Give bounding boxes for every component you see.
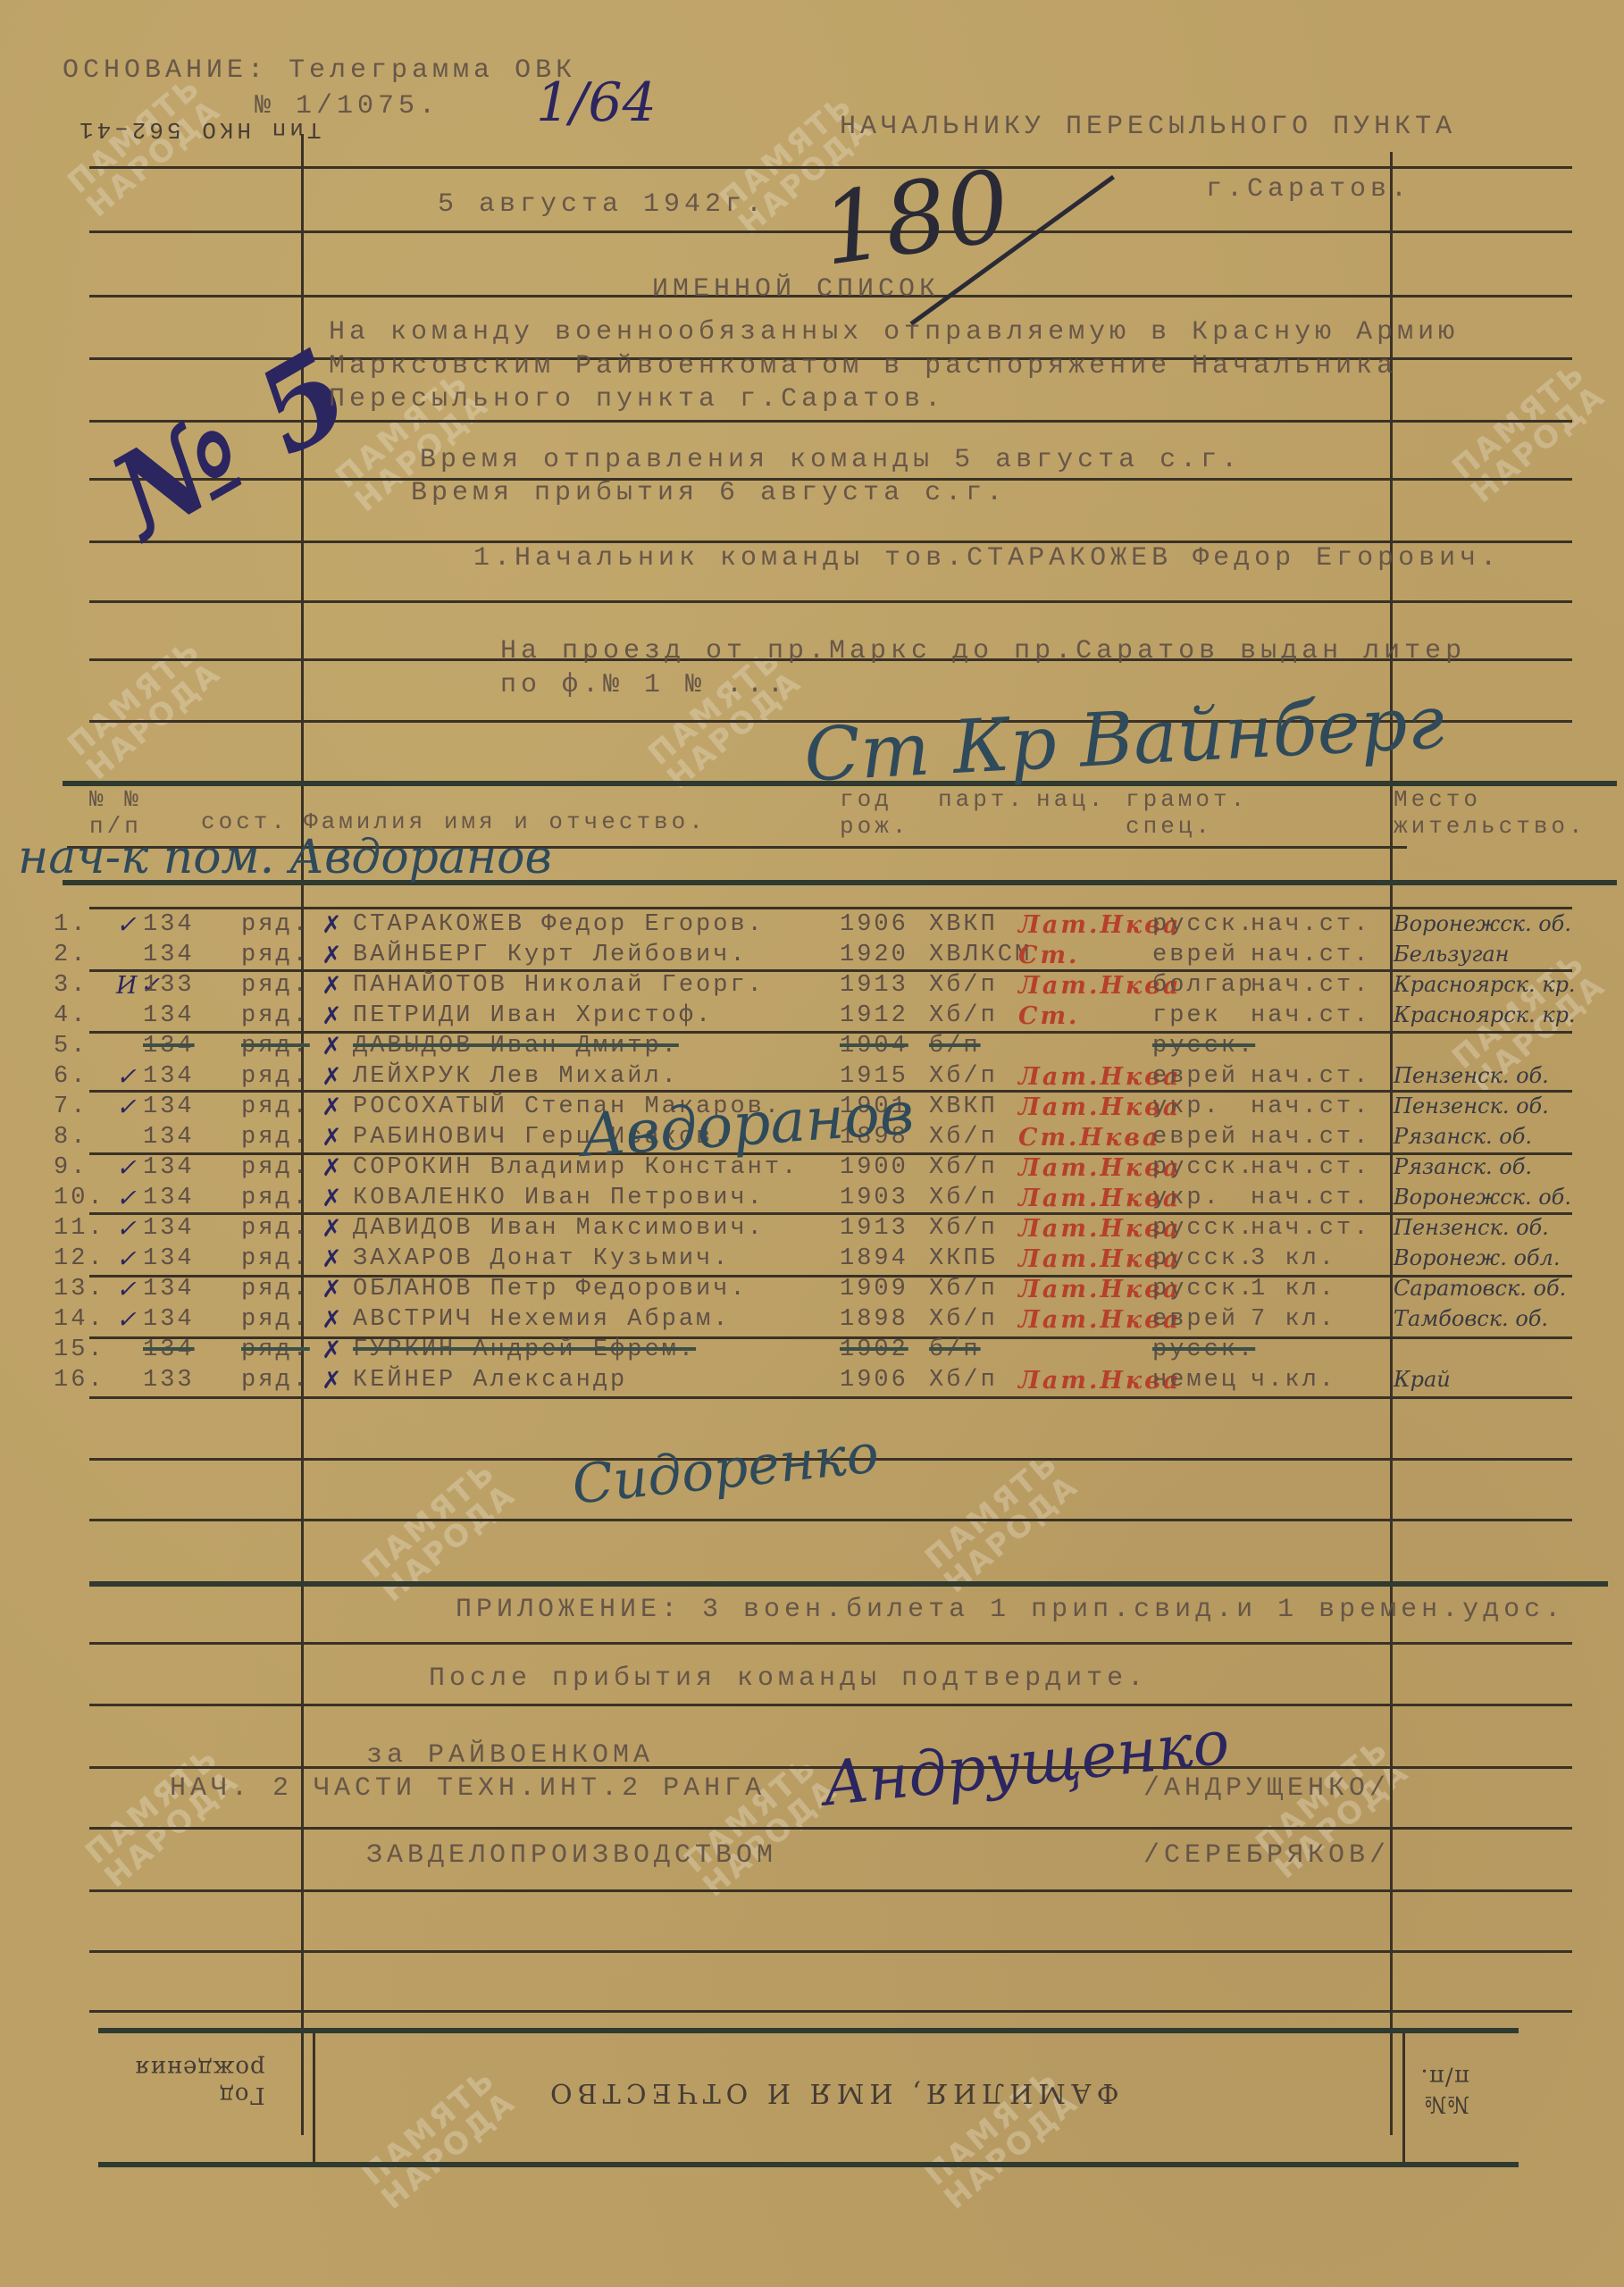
- table-row: 1.✓134ряд.СТАРАКОЖЕВ Федор Егоров.1906ХВ…: [54, 911, 1572, 940]
- row-team: 134: [143, 1306, 195, 1333]
- row-birth-year: 1906: [840, 911, 908, 938]
- row-number: 15.: [54, 1336, 116, 1363]
- row-party: Хб/п: [929, 1306, 998, 1333]
- row-name: ГУРКИН Андрей Ефрем.: [353, 1336, 696, 1363]
- row-number: 8.: [54, 1124, 116, 1151]
- x-mark-icon: ✗: [322, 1245, 345, 1273]
- chief-title: НАЧ. 2 ЧАСТИ ТЕХН.ИНТ.2 РАНГА: [170, 1773, 766, 1804]
- row-team: 134: [143, 1245, 195, 1272]
- row-party: б/п: [929, 1033, 981, 1060]
- row-residence: Красноярск. кр.: [1394, 972, 1576, 997]
- row-team: 134: [143, 1336, 195, 1363]
- row-number: 13.: [54, 1276, 116, 1303]
- row-nationality: русск.: [1152, 1245, 1255, 1272]
- row-specialty: нач.ст.: [1251, 1093, 1370, 1120]
- row-party: Хб/п: [929, 1063, 998, 1090]
- row-birth-year: 1920: [840, 942, 908, 968]
- x-mark-icon: ✗: [322, 1093, 345, 1121]
- for-military-commissar: за РАЙВОЕНКОМА: [366, 1740, 654, 1771]
- clerk-title: ЗАВДЕЛОПРОИЗВОДСТВОМ: [366, 1840, 777, 1871]
- row-number: 9.: [54, 1154, 116, 1181]
- row-number: 1.: [54, 911, 116, 938]
- row-number: 10.: [54, 1185, 116, 1211]
- row-number: 11.: [54, 1215, 116, 1242]
- row-birth-year: 1909: [840, 1276, 908, 1303]
- row-number: 14.: [54, 1306, 116, 1333]
- rule-line: [89, 1827, 1572, 1830]
- row-team: 134: [143, 1276, 195, 1303]
- row-residence: Бельзуган: [1394, 942, 1509, 967]
- row-rank: ряд.: [241, 1063, 310, 1090]
- table-row: 13.✓134ряд.ОБЛАНОВ Петр Федорович.1909Хб…: [54, 1276, 1572, 1304]
- row-nationality: немец: [1152, 1367, 1238, 1394]
- handwritten-bottom-name: Сидоренко: [569, 1422, 882, 1517]
- row-party: ХВКП: [929, 1093, 998, 1120]
- col-header-spec: грамот. спец.: [1126, 786, 1224, 840]
- row-residence: Рязанск. об.: [1394, 1154, 1532, 1179]
- row-nationality: еврей: [1152, 1124, 1238, 1151]
- row-party: Хб/п: [929, 1276, 998, 1303]
- watermark: ПАМЯТЬНАРОДА: [63, 633, 227, 785]
- table-row: 10.✓134ряд.КОВАЛЕНКО Иван Петрович.1903Х…: [54, 1185, 1572, 1213]
- document-page: ПАМЯТЬНАРОДА ПАМЯТЬНАРОДА ПАМЯТЬНАРОДА П…: [0, 0, 1624, 2287]
- addressee-city: г.Саратов.: [1206, 174, 1411, 205]
- x-mark-icon: ✗: [322, 972, 345, 1000]
- row-red-annotation: Ст.Нква: [1018, 1124, 1160, 1152]
- rule-line: [89, 1642, 1572, 1645]
- row-rank: ряд.: [241, 1154, 310, 1181]
- row-party: ХКПБ: [929, 1245, 998, 1272]
- x-mark-icon: ✗: [322, 1033, 345, 1060]
- row-specialty: нач.ст.: [1251, 1124, 1370, 1151]
- row-number: 5.: [54, 1033, 116, 1060]
- row-team: 134: [143, 942, 195, 968]
- row-birth-year: 1912: [840, 1002, 908, 1029]
- inverted-header-num: №№ п/п.: [1407, 2064, 1469, 2117]
- row-rank: ряд.: [241, 1093, 310, 1120]
- row-check-mark: ✓: [116, 1154, 139, 1182]
- row-rank: ряд.: [241, 1185, 310, 1211]
- table-row: 9.✓134ряд.СОРОКИН Владимир Констант.1900…: [54, 1154, 1572, 1183]
- x-mark-icon: ✗: [322, 1276, 345, 1303]
- inverted-header-year: Год рождения: [134, 2055, 241, 2108]
- arrival-time: Время прибытия 6 августа с.г.: [411, 478, 1007, 508]
- row-specialty: 3 кл.: [1251, 1245, 1336, 1272]
- row-check-mark: ✓: [116, 1215, 139, 1243]
- rule-line: [89, 1950, 1572, 1953]
- table-row: 12.✓134ряд.ЗАХАРОВ Донат Кузьмич.1894ХКП…: [54, 1245, 1572, 1274]
- x-mark-icon: ✗: [322, 1215, 345, 1243]
- table-row: 11.✓134ряд.ДАВИДОВ Иван Максимович.1913Х…: [54, 1215, 1572, 1244]
- rule-line: [89, 1889, 1572, 1892]
- row-residence: Тамбовск. об.: [1394, 1306, 1548, 1331]
- row-red-annotation: Ст.: [1018, 1002, 1079, 1030]
- table-row: 2.134ряд.ВАЙНБЕРГ Курт Лейбович.1920ХВЛК…: [54, 942, 1572, 970]
- row-rank: ряд.: [241, 911, 310, 938]
- row-nationality: русск.: [1152, 1154, 1255, 1181]
- row-name: АВСТРИЧ Нехемия Абрам.: [353, 1306, 730, 1333]
- rule-line: [89, 1704, 1572, 1706]
- row-birth-year: 1904: [840, 1033, 908, 1060]
- row-team: 134: [143, 1063, 195, 1090]
- rule-line: [89, 1519, 1572, 1521]
- departure-time: Время отправления команды 5 августа с.г.: [420, 445, 1242, 475]
- table-row: 14.✓134ряд.АВСТРИЧ Нехемия Абрам.1898Хб/…: [54, 1306, 1572, 1335]
- inverted-table-top-rule: [98, 2028, 1519, 2033]
- row-specialty: нач.ст.: [1251, 1185, 1370, 1211]
- x-mark-icon: ✗: [322, 1124, 345, 1152]
- row-rank: ряд.: [241, 1033, 310, 1060]
- table-row: 3.И✓133ряд.ПАНАЙОТОВ Николай Георг.1913Х…: [54, 972, 1572, 1001]
- x-mark-icon: ✗: [322, 1154, 345, 1182]
- row-rank: ряд.: [241, 1124, 310, 1151]
- x-mark-icon: ✗: [322, 1002, 345, 1030]
- row-specialty: 1 кл.: [1251, 1276, 1336, 1303]
- inverted-column-rule: [1402, 2032, 1405, 2162]
- row-residence: Край: [1394, 1367, 1451, 1392]
- x-mark-icon: ✗: [322, 1367, 345, 1395]
- row-rank: ряд.: [241, 1215, 310, 1242]
- row-rank: ряд.: [241, 1245, 310, 1272]
- row-party: Хб/п: [929, 1002, 998, 1029]
- body-line-2: Марксовским Райвоенкоматом в распоряжени…: [329, 351, 1397, 381]
- addressee: НАЧАЛЬНИКУ ПЕРЕСЫЛЬНОГО ПУНКТА: [840, 112, 1456, 142]
- confirmation-note: После прибытия команды подтвердите.: [429, 1663, 1148, 1694]
- row-birth-year: 1913: [840, 972, 908, 999]
- row-team: 133: [143, 1367, 195, 1394]
- row-rank: ряд.: [241, 1002, 310, 1029]
- row-number: 4.: [54, 1002, 116, 1029]
- travel-line-2: по ф.№ 1 № ...: [500, 670, 788, 700]
- row-residence: Воронежск. об.: [1394, 911, 1571, 936]
- rule-line: [89, 600, 1572, 603]
- row-team: 134: [143, 1093, 195, 1120]
- document-date: 5 августа 1942г.: [438, 189, 766, 220]
- row-birth-year: 1903: [840, 1185, 908, 1211]
- rule-line: [89, 166, 1572, 169]
- rule-line: [89, 907, 1572, 909]
- row-birth-year: 1906: [840, 1367, 908, 1394]
- basis-line: ОСНОВАНИЕ: Телеграмма ОВК: [63, 55, 576, 86]
- row-party: б/п: [929, 1336, 981, 1363]
- row-check-mark: ✓: [116, 1093, 139, 1121]
- rule-line: [89, 1396, 1572, 1399]
- row-specialty: нач.ст.: [1251, 942, 1370, 968]
- row-team: 134: [143, 1185, 195, 1211]
- x-mark-icon: ✗: [322, 1185, 345, 1212]
- row-residence: Пензенск. об.: [1394, 1063, 1549, 1088]
- row-check-mark: ✓: [116, 1306, 139, 1334]
- row-nationality: русск.: [1152, 1215, 1255, 1242]
- row-party: Хб/п: [929, 1367, 998, 1394]
- row-red-annotation: Ст.: [1018, 942, 1079, 969]
- row-rank: ряд.: [241, 1336, 310, 1363]
- row-residence: Пензенск. об.: [1394, 1215, 1549, 1240]
- row-specialty: нач.ст.: [1251, 1063, 1370, 1090]
- row-specialty: 7 кл.: [1251, 1306, 1336, 1333]
- row-name: ДАВЫДОВ Иван Дмитр.: [353, 1033, 679, 1060]
- row-rank: ряд.: [241, 1276, 310, 1303]
- travel-line-1: На проезд от пр.Маркс до пр.Саратов выда…: [500, 636, 1466, 666]
- watermark: ПАМЯТЬНАРОДА: [920, 1446, 1084, 1598]
- body-line-3: Пересыльного пункта г.Саратов.: [329, 384, 945, 415]
- row-specialty: нач.ст.: [1251, 1002, 1370, 1029]
- row-check-mark: ✓: [116, 1185, 139, 1212]
- row-number: 2.: [54, 942, 116, 968]
- table-row: 5.134ряд.ДАВЫДОВ Иван Дмитр.1904б/прусск…: [54, 1033, 1572, 1061]
- row-specialty: нач.ст.: [1251, 1154, 1370, 1181]
- col-header-year: год рож.: [840, 786, 902, 840]
- row-party: Хб/п: [929, 1185, 998, 1211]
- row-name: ЗАХАРОВ Донат Кузьмич.: [353, 1245, 730, 1272]
- row-team: 134: [143, 1002, 195, 1029]
- row-name: ВАЙНБЕРГ Курт Лейбович.: [353, 942, 748, 968]
- row-nationality: еврей: [1152, 1306, 1238, 1333]
- inverted-table-bottom-rule: [98, 2162, 1519, 2167]
- x-mark-icon: ✗: [322, 1306, 345, 1334]
- inverted-header-name: ФАМИЛИЯ, ИМЯ И ОТЧЕСТВО: [545, 2077, 1119, 2108]
- row-specialty: нач.ст.: [1251, 1215, 1370, 1242]
- row-name: ЛЕЙХРУК Лев Михайл.: [353, 1063, 679, 1090]
- row-nationality: еврей: [1152, 1063, 1238, 1090]
- list-title: ИМЕННОЙ СПИСОК: [652, 274, 940, 305]
- x-mark-icon: ✗: [322, 911, 345, 939]
- row-residence: Воронежск. об.: [1394, 1185, 1571, 1210]
- row-residence: Саратовск. об.: [1394, 1276, 1566, 1301]
- x-mark-icon: ✗: [322, 942, 345, 969]
- row-number: 12.: [54, 1245, 116, 1272]
- row-team: 133: [143, 972, 195, 999]
- row-team: 134: [143, 1033, 195, 1060]
- row-party: Хб/п: [929, 1124, 998, 1151]
- row-residence: Воронеж. обл.: [1394, 1245, 1560, 1270]
- row-nationality: укр.: [1152, 1093, 1221, 1120]
- watermark: ПАМЯТЬНАРОДА: [63, 71, 227, 222]
- row-check-mark: ✓: [116, 1245, 139, 1273]
- attachment-note: ПРИЛОЖЕНИЕ: 3 воен.билета 1 прип.свид.и …: [456, 1595, 1565, 1625]
- row-residence: Пензенск. об.: [1394, 1093, 1549, 1118]
- row-number: 16.: [54, 1367, 116, 1394]
- row-birth-year: 1898: [840, 1306, 908, 1333]
- row-rank: ряд.: [241, 942, 310, 968]
- clerk-name: /СЕРЕБРЯКОВ/: [1143, 1840, 1390, 1871]
- row-rank: ряд.: [241, 972, 310, 999]
- col-header-nat: нац.: [1036, 786, 1106, 813]
- body-line-1: На команду военнообязанных отправляемую …: [329, 317, 1459, 348]
- row-check-mark: ✓: [116, 1276, 139, 1303]
- table-bottom-rule: [89, 1581, 1608, 1587]
- handwritten-header-note: нач-к пом. Авдоранов: [18, 831, 552, 884]
- table-row: 16.133ряд.КЕЙНЕР Александр1906Хб/пЛат.Нк…: [54, 1367, 1572, 1395]
- table-row: 4.134ряд.ПЕТРИДИ Иван Христоф.1912Хб/пСт…: [54, 1002, 1572, 1031]
- table-row: 15.134ряд.ГУРКИН Андрей Ефрем.1902б/прус…: [54, 1336, 1572, 1365]
- col-header-party: парт.: [938, 786, 1025, 813]
- row-team: 134: [143, 1124, 195, 1151]
- row-number: 6.: [54, 1063, 116, 1090]
- row-name: ПЕТРИДИ Иван Христоф.: [353, 1002, 713, 1029]
- row-residence: Красноярск. кр.: [1394, 1002, 1576, 1027]
- x-mark-icon: ✗: [322, 1336, 345, 1364]
- row-specialty: ч.кл.: [1251, 1367, 1336, 1394]
- row-team: 134: [143, 1154, 195, 1181]
- watermark: ПАМЯТЬНАРОДА: [80, 1741, 245, 1893]
- row-name: КОВАЛЕНКО Иван Петрович.: [353, 1185, 765, 1211]
- row-specialty: нач.ст.: [1251, 972, 1370, 999]
- form-code: Тип НКО 562–41: [76, 116, 321, 143]
- row-check-mark: ✓: [116, 1063, 139, 1091]
- watermark: ПАМЯТЬНАРОДА: [1447, 356, 1611, 508]
- row-rank: ряд.: [241, 1367, 310, 1394]
- row-name: СТАРАКОЖЕВ Федор Егоров.: [353, 911, 765, 938]
- row-party: Хб/п: [929, 1154, 998, 1181]
- row-birth-year: 1894: [840, 1245, 908, 1272]
- row-team: 134: [143, 1215, 195, 1242]
- row-name: ДАВИДОВ Иван Максимович.: [353, 1215, 765, 1242]
- row-nationality: русск.: [1152, 911, 1255, 938]
- inverted-column-rule: [313, 2032, 315, 2162]
- row-team: 134: [143, 911, 195, 938]
- row-party: Хб/п: [929, 1215, 998, 1242]
- row-party: Хб/п: [929, 972, 998, 999]
- row-check-mark: ✓: [116, 911, 139, 939]
- row-party: ХВЛКСМ: [929, 942, 1032, 968]
- row-rank: ряд.: [241, 1306, 310, 1333]
- row-nationality: еврей: [1152, 942, 1238, 968]
- basis-number-handwritten: 1/64: [536, 71, 657, 134]
- row-birth-year: 1900: [840, 1154, 908, 1181]
- team-commander: 1.Начальник команды тов.СТАРАКОЖЕВ Федор…: [473, 543, 1501, 574]
- col-header-place: Место жительство.: [1394, 786, 1572, 840]
- row-name: КЕЙНЕР Александр: [353, 1367, 627, 1394]
- x-mark-icon: ✗: [322, 1063, 345, 1091]
- row-party: ХВКП: [929, 911, 998, 938]
- row-residence: Рязанск. об.: [1394, 1124, 1532, 1149]
- watermark: ПАМЯТЬНАРОДА: [357, 2063, 522, 2215]
- row-name: ПАНАЙОТОВ Николай Георг.: [353, 972, 765, 999]
- row-nationality: укр.: [1152, 1185, 1221, 1211]
- row-birth-year: 1913: [840, 1215, 908, 1242]
- row-number: 3.: [54, 972, 116, 999]
- row-nationality: грек: [1152, 1002, 1221, 1029]
- row-nationality: русск.: [1152, 1033, 1255, 1060]
- row-nationality: русск.: [1152, 1336, 1255, 1363]
- row-number: 7.: [54, 1093, 116, 1120]
- rule-line: [89, 2010, 1572, 2013]
- row-specialty: нач.ст.: [1251, 911, 1370, 938]
- row-nationality: русск.: [1152, 1276, 1255, 1303]
- row-name: ОБЛАНОВ Петр Федорович.: [353, 1276, 748, 1303]
- row-birth-year: 1902: [840, 1336, 908, 1363]
